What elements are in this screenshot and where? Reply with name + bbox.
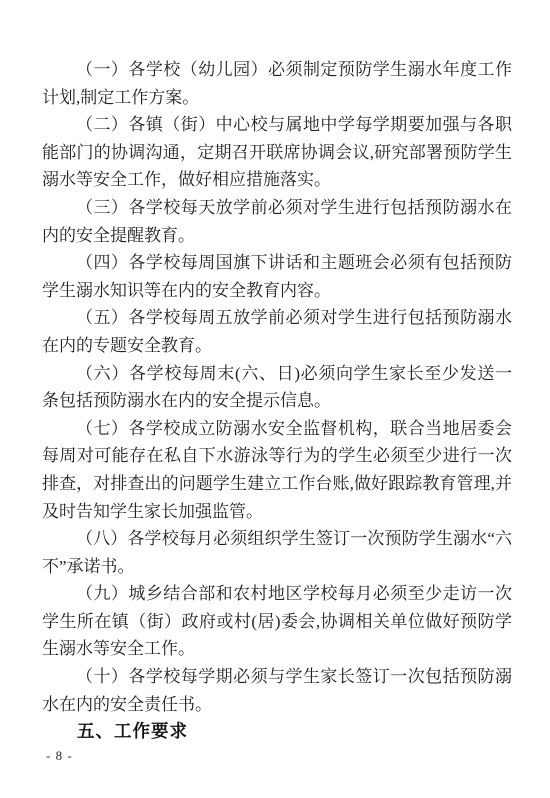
list-item-2: （二）各镇（街）中心校与属地中学每学期要加强与各职能部门的协调沟通，定期召开联席… <box>42 111 512 194</box>
list-item-6: （六）各学校每周末(六、日)必须向学生家长至少发送一条包括预防溺水在内的安全提示… <box>42 360 512 415</box>
document-body: （一）各学校（幼儿园）必须制定预防学生溺水年度工作计划,制定工作方案。 （二）各… <box>42 56 512 746</box>
page-number: - 8 - <box>46 748 73 764</box>
list-item-1: （一）各学校（幼儿园）必须制定预防学生溺水年度工作计划,制定工作方案。 <box>42 56 512 111</box>
list-item-3: （三）各学校每天放学前必须对学生进行包括预防溺水在内的安全提醒教育。 <box>42 194 512 249</box>
list-item-5: （五）各学校每周五放学前必须对学生进行包括预防溺水在内的专题安全教育。 <box>42 304 512 359</box>
section-heading: 五、工作要求 <box>42 718 512 746</box>
list-item-4: （四）各学校每周国旗下讲话和主题班会必须有包括预防学生溺水知识等在内的安全教育内… <box>42 249 512 304</box>
document-page: （一）各学校（幼儿园）必须制定预防学生溺水年度工作计划,制定工作方案。 （二）各… <box>0 0 550 798</box>
list-item-7: （七）各学校成立防溺水安全监督机构，联合当地居委会每周对可能存在私自下水游泳等行… <box>42 415 512 525</box>
list-item-8: （八）各学校每月必须组织学生签订一次预防学生溺水“六不”承诺书。 <box>42 525 512 580</box>
list-item-10: （十）各学校每学期必须与学生家长签订一次包括预防溺水在内的安全责任书。 <box>42 663 512 718</box>
list-item-9: （九）城乡结合部和农村地区学校每月必须至少走访一次学生所在镇（街）政府或村(居)… <box>42 580 512 663</box>
